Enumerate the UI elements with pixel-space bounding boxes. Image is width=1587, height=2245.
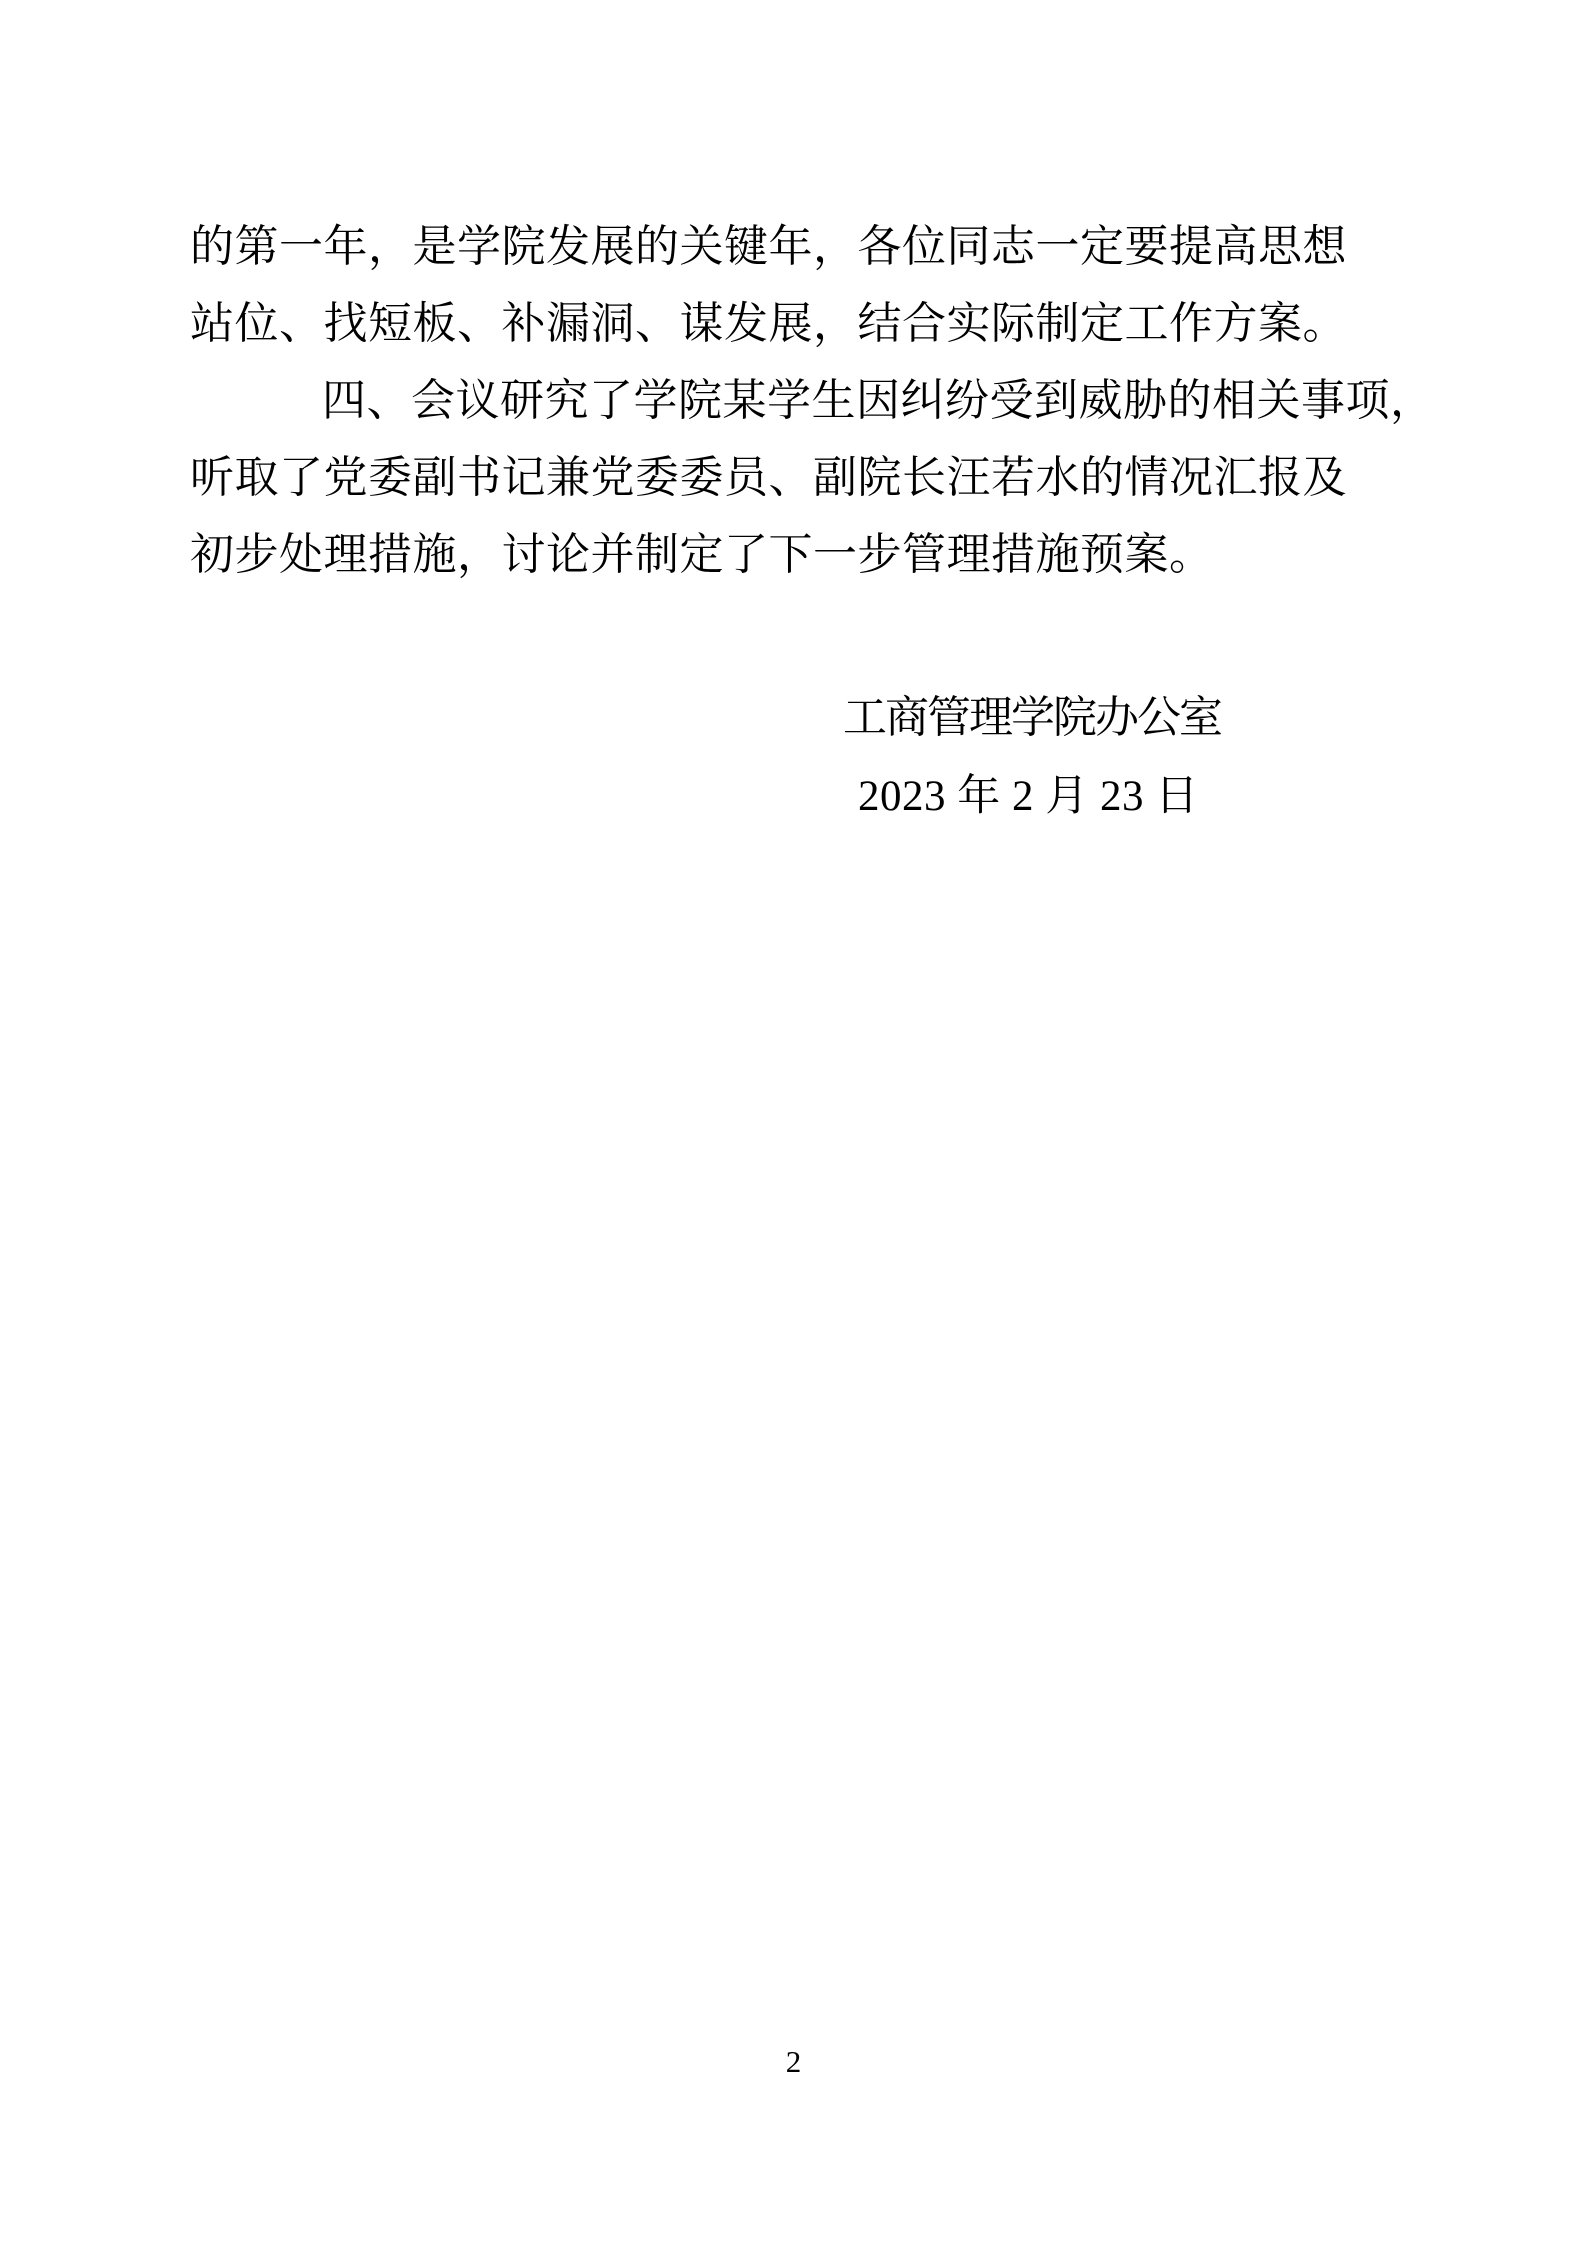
body-text-line-paragraph-start: 四、会议研究了学院某学生因纠纷受到威胁的相关事项， bbox=[190, 362, 1420, 439]
body-text-line: 初步处理措施，讨论并制定了下一步管理措施预案。 bbox=[190, 516, 1420, 593]
page-footer: 2 bbox=[0, 2042, 1587, 2082]
body-text-line: 的第一年，是学院发展的关键年，各位同志一定要提高思想 bbox=[190, 208, 1420, 285]
signature-date: 2023 年 2 月 23 日 bbox=[858, 772, 1199, 822]
signature-office-name: 工商管理学院办公室 bbox=[843, 693, 1221, 743]
document-page: 的第一年，是学院发展的关键年，各位同志一定要提高思想 站位、找短板、补漏洞、谋发… bbox=[0, 0, 1587, 2245]
document-body: 的第一年，是学院发展的关键年，各位同志一定要提高思想 站位、找短板、补漏洞、谋发… bbox=[190, 208, 1420, 593]
body-text-line: 听取了党委副书记兼党委委员、副院长汪若水的情况汇报及 bbox=[190, 439, 1420, 516]
body-text-line: 站位、找短板、补漏洞、谋发展，结合实际制定工作方案。 bbox=[190, 285, 1420, 362]
page-number: 2 bbox=[786, 2044, 802, 2079]
